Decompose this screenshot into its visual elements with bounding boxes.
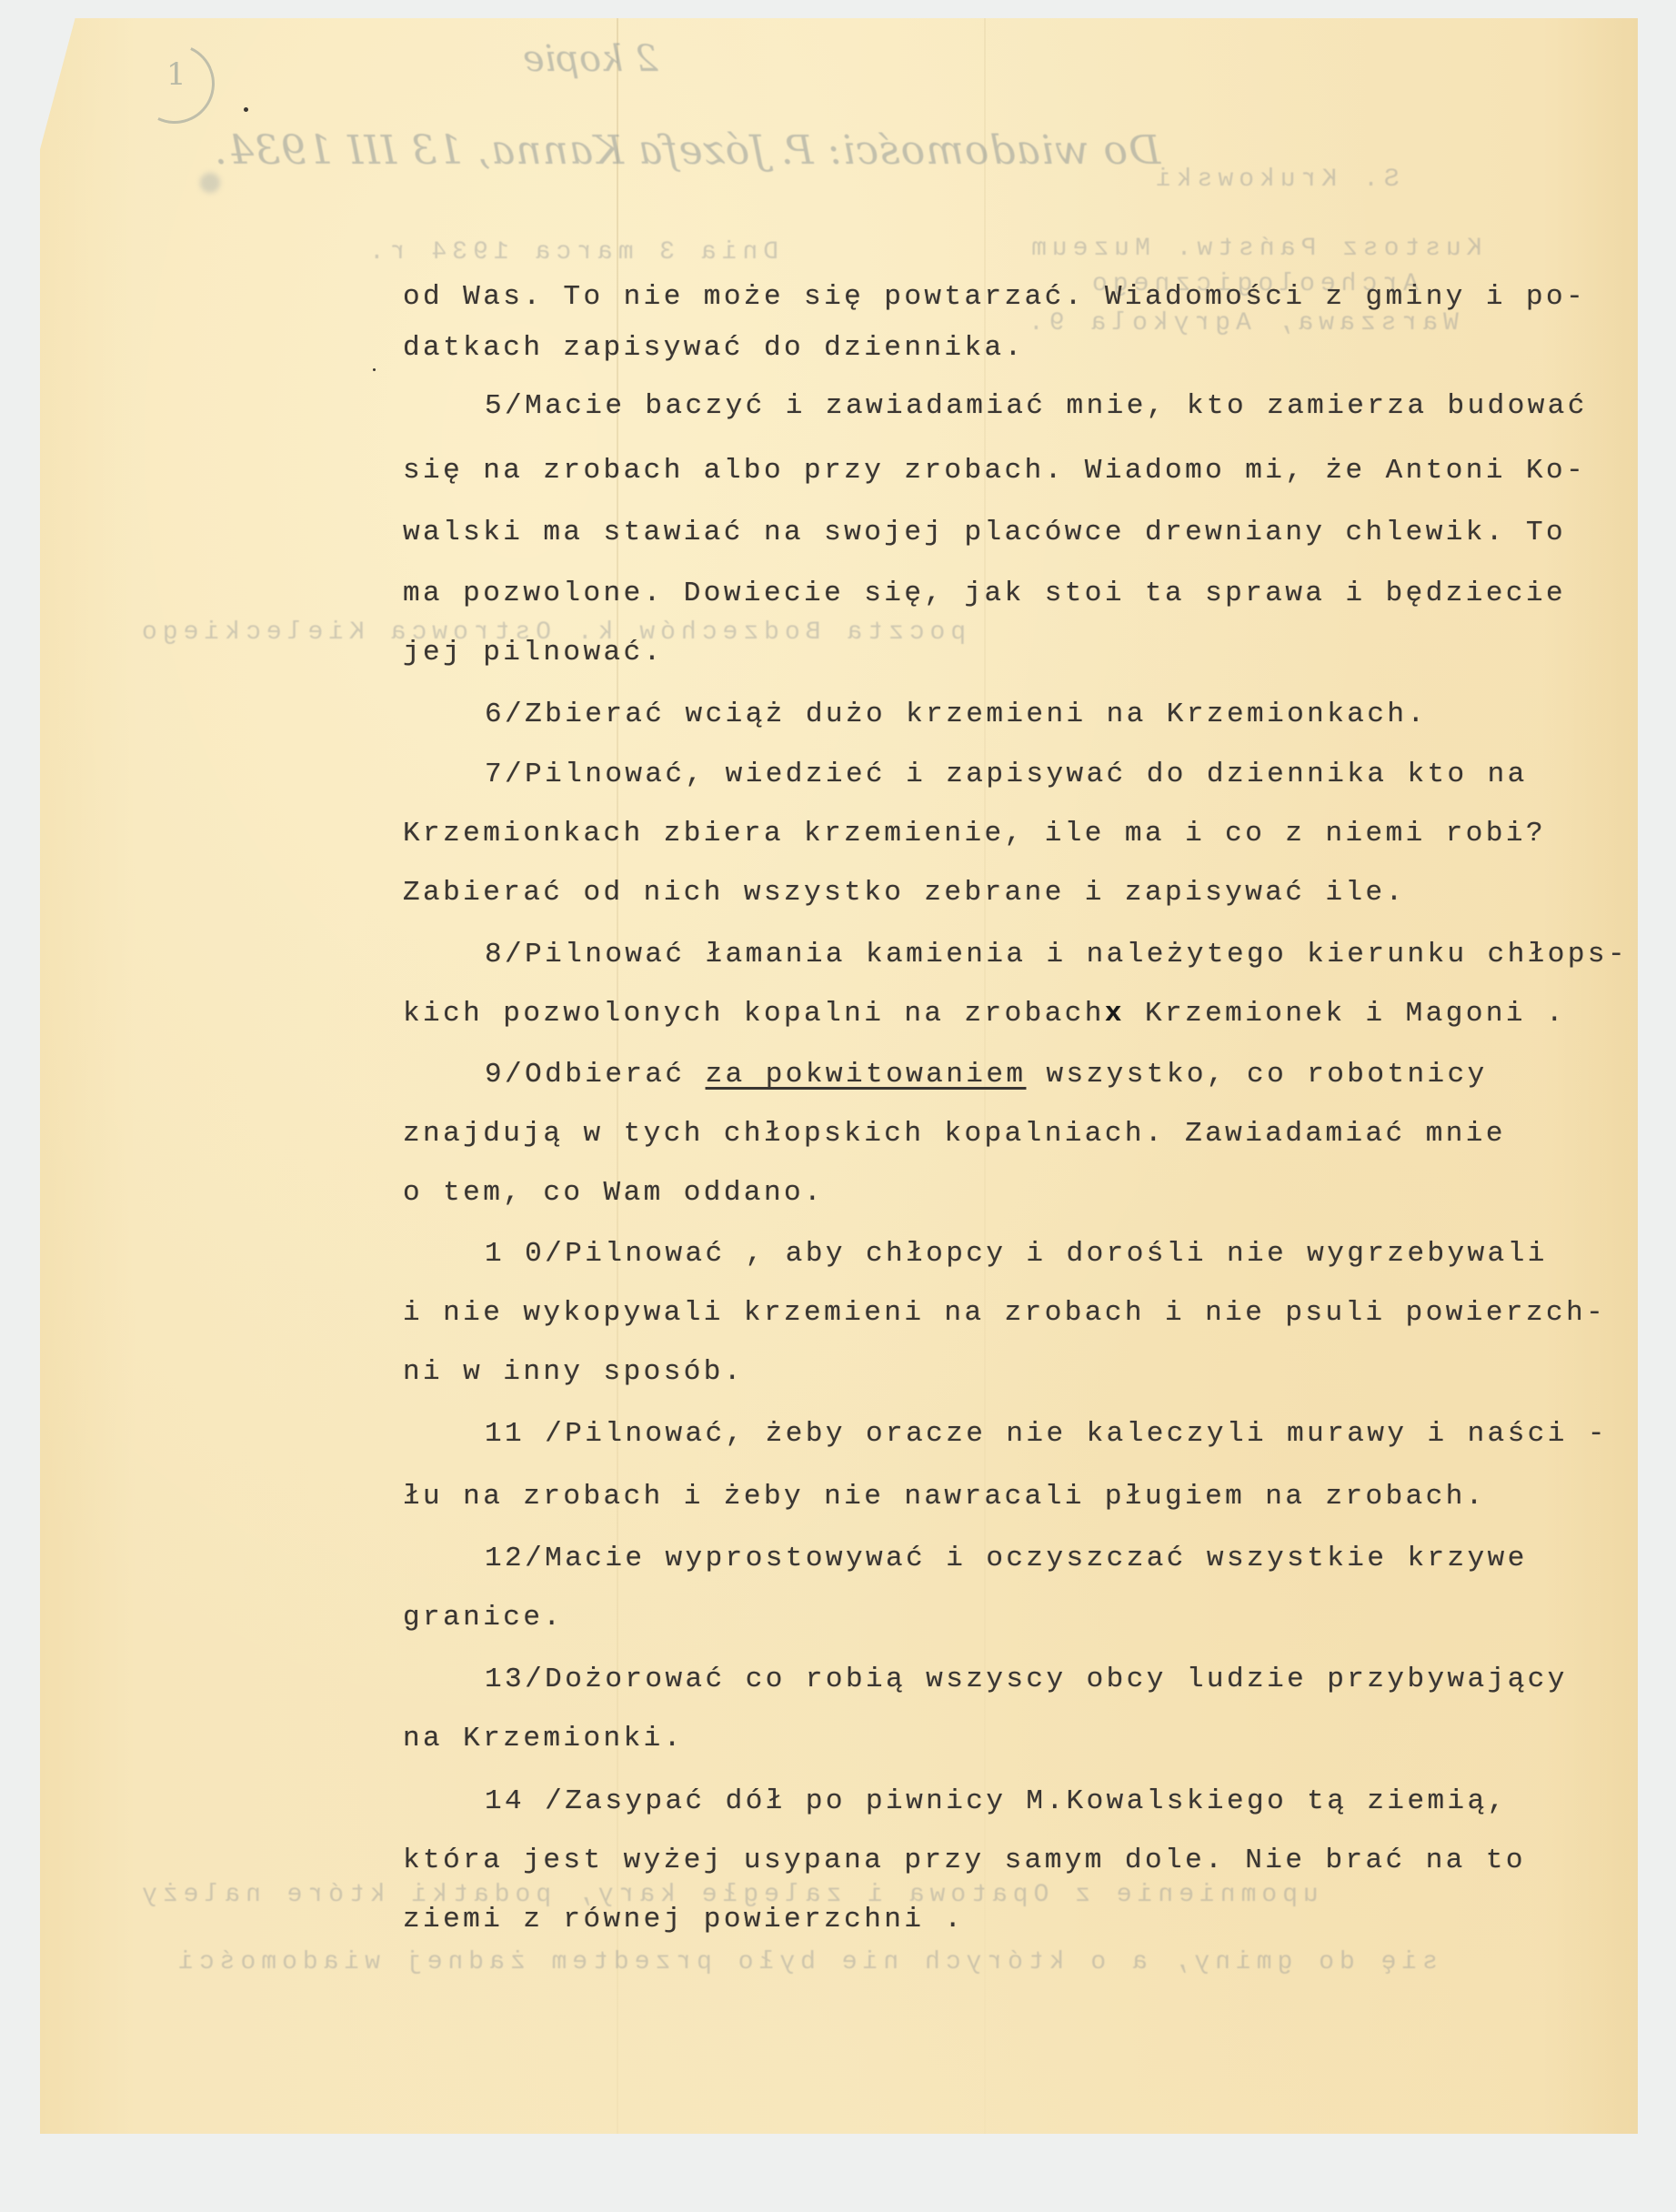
page-number: 1 <box>166 56 186 93</box>
bleed-through-text: S. Krukowski <box>1150 166 1400 194</box>
underlined-text: za pokwitowaniem <box>706 1059 1027 1091</box>
stain-mark <box>200 173 220 193</box>
overstrike-mark: x <box>1105 996 1125 1032</box>
text-line: Krzemionkach zbiera krzemienie, ile ma i… <box>403 816 1546 852</box>
text-line: datkach zapisywać do dziennika. <box>403 330 1025 367</box>
text-line: ziemi z równej powierzchni . <box>403 1902 965 1938</box>
list-item-6: 6/Zbierać wciąż dużo krzemieni na Krzemi… <box>485 697 1428 733</box>
text-line: się na zrobach albo przy zrobach. Wiadom… <box>403 453 1586 489</box>
text-line: łu na zrobach i żeby nie nawracali pługi… <box>403 1479 1486 1515</box>
list-item-11: 11 /Pilnować, żeby oracze nie kaleczyli … <box>485 1416 1608 1453</box>
text-line: na Krzemionki. <box>403 1721 684 1757</box>
ink-dot <box>373 368 376 371</box>
text-segment: wszystko, co robotnicy <box>1026 1059 1487 1091</box>
bleed-through-text: Dnia 3 marca 1934 r. <box>364 238 778 266</box>
text-segment: kich pozwolonych kopalni na zrobach <box>403 998 1105 1030</box>
text-line: Zabierać od nich wszystko zebrane i zapi… <box>403 875 1406 911</box>
list-item-13: 13/Dożorować co robią wszyscy obcy ludzi… <box>485 1662 1568 1698</box>
text-line: ni w inny sposób. <box>403 1354 744 1391</box>
text-line: o tem, co Wam oddano. <box>403 1175 824 1212</box>
list-item-14: 14 /Zasypać dół po piwnicy M.Kowalskiego… <box>485 1784 1508 1820</box>
text-segment: 9/Odbierać <box>485 1059 706 1091</box>
bleed-through-text: Kustosz Państw. Muzeum <box>1026 235 1482 263</box>
list-item-12: 12/Macie wyprostowywać i oczyszczać wszy… <box>485 1541 1528 1577</box>
list-item-9: 9/Odbierać za pokwitowaniem wszystko, co… <box>485 1057 1488 1093</box>
text-line: walski ma stawiać na swojej placówce dre… <box>403 515 1566 551</box>
text-line: od Was. To nie może się powtarzać. Wiado… <box>403 279 1586 316</box>
text-line: jej pilnować. <box>403 635 664 671</box>
ink-dot <box>244 107 248 112</box>
list-item-7: 7/Pilnować, wiedzieć i zapisywać do dzie… <box>485 757 1528 793</box>
text-line: granice. <box>403 1600 563 1636</box>
text-line: która jest wyżej usypana przy samym dole… <box>403 1843 1526 1879</box>
text-line: kich pozwolonych kopalni na zrobachx Krz… <box>403 996 1566 1032</box>
list-item-8: 8/Pilnować łamania kamienia i należytego… <box>485 937 1628 973</box>
text-segment: Krzemionek i Magoni . <box>1125 998 1566 1030</box>
handwritten-annotation: Do wiadomości: P. Józefa Kanna, 13 III 1… <box>214 127 1160 174</box>
handwritten-note-copies: 2 kopie <box>523 38 658 80</box>
list-item-5: 5/Macie baczyć i zawiadamiać mnie, kto z… <box>485 388 1588 425</box>
text-line: i nie wykopywali krzemieni na zrobach i … <box>403 1295 1606 1332</box>
text-line: znajdują w tych chłopskich kopalniach. Z… <box>403 1116 1506 1152</box>
list-item-10: 1 0/Pilnować , aby chłopcy i dorośli nie… <box>485 1236 1548 1272</box>
text-line: ma pozwolone. Dowiecie się, jak stoi ta … <box>403 576 1566 612</box>
bleed-through-text: się do gminy, a o których nie było przed… <box>173 1948 1438 1976</box>
